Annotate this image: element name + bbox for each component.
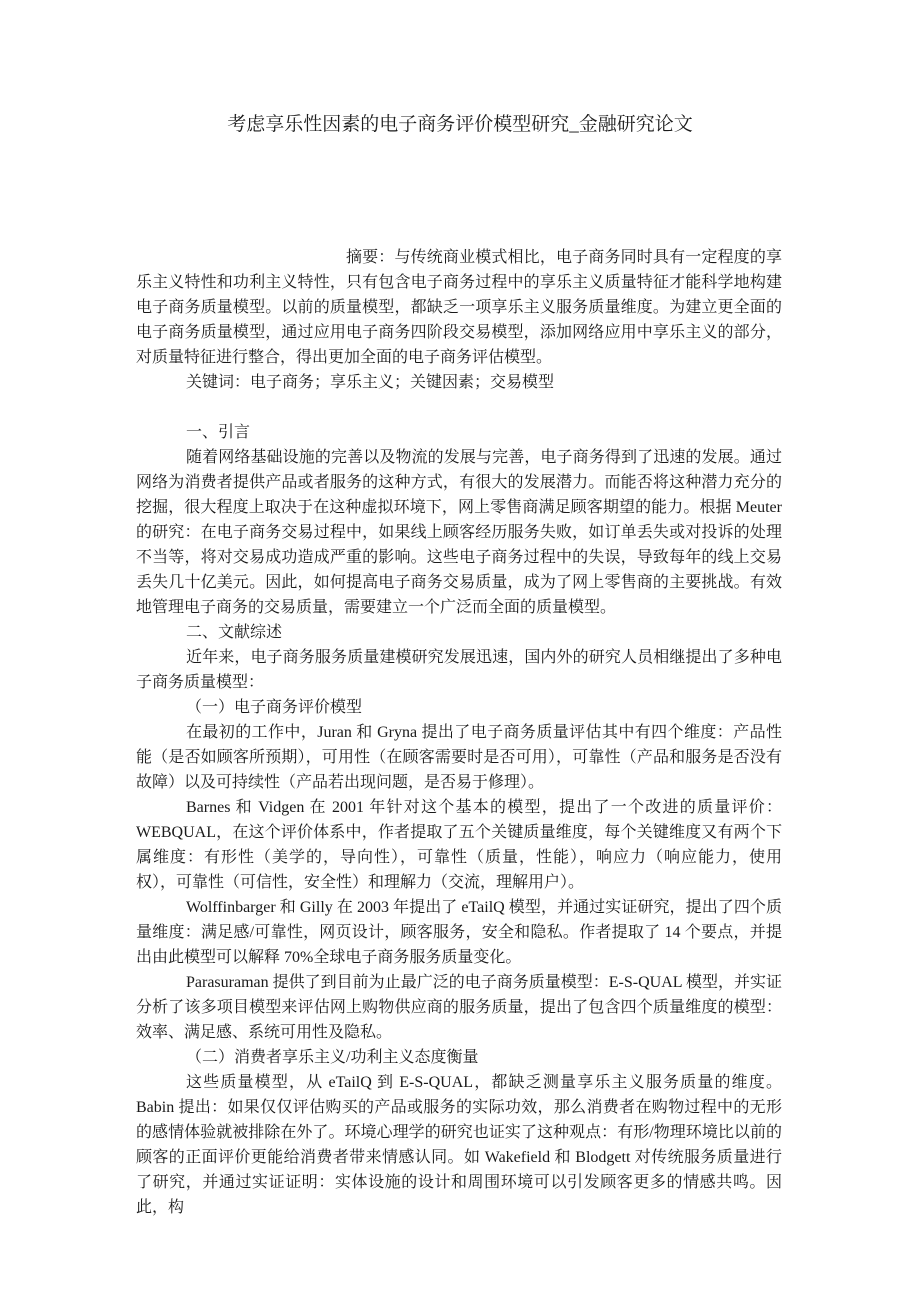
juran-gryna-paragraph: 在最初的工作中，Juran 和 Gryna 提出了电子商务质量评估其中有四个维度… (136, 720, 782, 795)
keywords-line: 关键词：电子商务；享乐主义；关键因素；交易模型 (136, 370, 782, 395)
abstract-paragraph: 摘要：与传统商业模式相比，电子商务同时具有一定程度的享乐主义特性和功利主义特性，… (136, 245, 782, 370)
section-heading-introduction: 一、引言 (136, 420, 782, 445)
section-heading-literature: 二、文献综述 (136, 620, 782, 645)
literature-intro-paragraph: 近年来，电子商务服务质量建模研究发展迅速，国内外的研究人员相继提出了多种电子商务… (136, 645, 782, 695)
document-title: 考虑享乐性因素的电子商务评价模型研究_金融研究论文 (0, 112, 920, 138)
subsection-heading-hedonic-utilitarian: （二）消费者享乐主义/功利主义态度衡量 (136, 1045, 782, 1070)
document-page: 考虑享乐性因素的电子商务评价模型研究_金融研究论文 摘要：与传统商业模式相比，电… (0, 0, 920, 1302)
subsection-heading-evaluation-models: （一）电子商务评价模型 (136, 695, 782, 720)
hedonic-utilitarian-paragraph: 这些质量模型，从 eTailQ 到 E-S-QUAL，都缺乏测量享乐主义服务质量… (136, 1070, 782, 1220)
wolffinbarger-gilly-paragraph: Wolffinbarger 和 Gilly 在 2003 年提出了 eTailQ… (136, 895, 782, 970)
document-body: 摘要：与传统商业模式相比，电子商务同时具有一定程度的享乐主义特性和功利主义特性，… (136, 245, 782, 1220)
barnes-vidgen-paragraph: Barnes 和 Vidgen 在 2001 年针对这个基本的模型，提出了一个改… (136, 795, 782, 895)
parasuraman-paragraph: Parasuraman 提供了到目前为止最广泛的电子商务质量模型：E-S-QUA… (136, 970, 782, 1045)
introduction-paragraph: 随着网络基础设施的完善以及物流的发展与完善，电子商务得到了迅速的发展。通过网络为… (136, 445, 782, 620)
